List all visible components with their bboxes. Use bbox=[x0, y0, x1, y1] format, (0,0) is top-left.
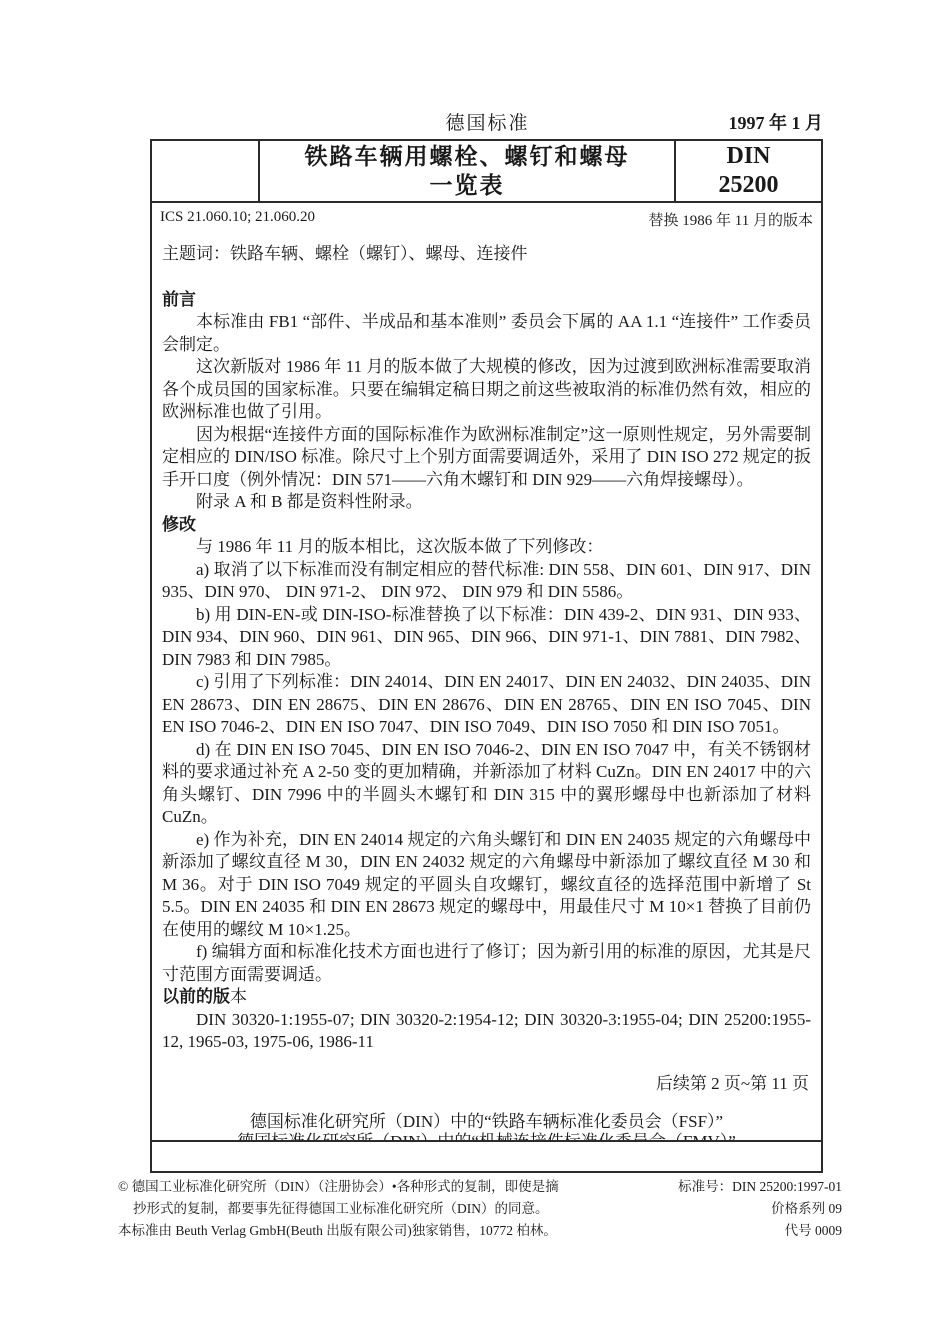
content-text: 附录 A 和 B 都是资料性附录。 bbox=[196, 492, 423, 511]
content-text: 前言 bbox=[162, 290, 196, 309]
title-line-1: 铁路车辆用螺栓、螺钉和螺母 bbox=[260, 142, 674, 171]
content-line: 本标准由 FB1 “部件、半成品和基本准则” 委员会下属的 AA 1.1 “连接… bbox=[162, 311, 811, 356]
content-line: 与 1986 年 11 月的版本相比，这次版本做了下列修改： bbox=[162, 536, 811, 559]
content-line: d) 在 DIN EN ISO 7045、DIN EN ISO 7046-2、D… bbox=[162, 739, 811, 829]
main-frame: 铁路车辆用螺栓、螺钉和螺母 一览表 DIN 25200 ICS 21.060.1… bbox=[150, 139, 823, 1173]
content-text: b) 用 DIN-EN-或 DIN-ISO-标准替换了以下标准：DIN 439-… bbox=[162, 605, 811, 669]
din-org: DIN bbox=[676, 142, 821, 171]
reference-line: 代号 0009 bbox=[678, 1220, 842, 1242]
standard-label: 德国标准 bbox=[152, 108, 823, 135]
content-text: e) 作为补充，DIN EN 24014 规定的六角头螺钉和 DIN EN 24… bbox=[162, 830, 811, 939]
content-text: 修改 bbox=[162, 515, 196, 534]
content-text-tail: 本 bbox=[230, 987, 247, 1006]
content-line: DIN 30320-1:1955-07; DIN 30320-2:1954-12… bbox=[162, 1009, 811, 1054]
meta-row: ICS 21.060.10; 21.060.20 替换 1986 年 11 月的… bbox=[152, 203, 821, 229]
din-badge: DIN 25200 bbox=[674, 141, 821, 201]
content-line: 修改 bbox=[162, 514, 811, 537]
keywords-line: 主题词：铁路车辆、螺栓（螺钉）、螺母、连接件 bbox=[162, 243, 811, 266]
content-text: 与 1986 年 11 月的版本相比，这次版本做了下列修改： bbox=[196, 537, 603, 556]
content-text: f) 编辑方面和标准化技术方面也进行了修订；因为新引用的标准的原因，尤其是尺寸范… bbox=[162, 942, 811, 984]
title-line-2: 一览表 bbox=[260, 171, 674, 200]
ics-code: ICS 21.060.10; 21.060.20 bbox=[160, 209, 315, 229]
committee-line: 德国标准化研究所（DIN）中的“铁路车辆标准化委员会（FSF）” bbox=[162, 1112, 811, 1132]
content-line: b) 用 DIN-EN-或 DIN-ISO-标准替换了以下标准：DIN 439-… bbox=[162, 604, 811, 672]
committee-line: 德国标准化研究所（DIN）中的“机械连接件标准化委员会（FMV）” bbox=[162, 1132, 811, 1142]
reference-line: 标准号：DIN 25200:1997-01 bbox=[678, 1176, 842, 1198]
content-text: a) 取消了以下标准而没有制定相应的替代标准: DIN 558、DIN 601、… bbox=[162, 560, 811, 602]
content-text: 以前的版 bbox=[162, 987, 230, 1006]
content-text: 这次新版对 1986 年 11 月的版本做了大规模的修改，因为过渡到欧洲标准需要… bbox=[162, 357, 811, 421]
din-number: 25200 bbox=[676, 171, 821, 200]
standard-title: 铁路车辆用螺栓、螺钉和螺母 一览表 bbox=[260, 141, 674, 201]
body-content: 前言本标准由 FB1 “部件、半成品和基本准则” 委员会下属的 AA 1.1 “… bbox=[162, 289, 811, 1054]
copyright-block: © 德国工业标准化研究所（DIN）（注册协会）•各种形式的复制，即使是摘抄形式的… bbox=[118, 1176, 559, 1242]
document-body: 主题词：铁路车辆、螺栓（螺钉）、螺母、连接件 前言本标准由 FB1 “部件、半成… bbox=[152, 229, 821, 1142]
content-text: d) 在 DIN EN ISO 7045、DIN EN ISO 7046-2、D… bbox=[162, 740, 811, 827]
content-text: 本标准由 FB1 “部件、半成品和基本准则” 委员会下属的 AA 1.1 “连接… bbox=[162, 312, 811, 354]
copyright-line: 本标准由 Beuth Verlag GmbH(Beuth 出版有限公司)独家销售… bbox=[118, 1220, 559, 1242]
content-line: f) 编辑方面和标准化技术方面也进行了修订；因为新引用的标准的原因，尤其是尺寸范… bbox=[162, 941, 811, 986]
content-line: 附录 A 和 B 都是资料性附录。 bbox=[162, 491, 811, 514]
content-text: 因为根据“连接件方面的国际标准作为欧洲标准制定”这一原则性规定，另外需要制定相应… bbox=[162, 425, 811, 489]
content-line: a) 取消了以下标准而没有制定相应的替代标准: DIN 558、DIN 601、… bbox=[162, 559, 811, 604]
committee-list: 德国标准化研究所（DIN）中的“铁路车辆标准化委员会（FSF）”德国标准化研究所… bbox=[162, 1112, 811, 1142]
copyright-line: © 德国工业标准化研究所（DIN）（注册协会）•各种形式的复制，即使是摘 bbox=[118, 1176, 559, 1198]
content-line: 前言 bbox=[162, 289, 811, 312]
reference-line: 价格系列 09 bbox=[678, 1198, 842, 1220]
reference-block: 标准号：DIN 25200:1997-01价格系列 09代号 0009 bbox=[678, 1176, 842, 1242]
content-text: DIN 30320-1:1955-07; DIN 30320-2:1954-12… bbox=[162, 1010, 811, 1052]
content-line: 以前的版本 bbox=[162, 986, 811, 1009]
page-header: 德国标准 1997 年 1 月 bbox=[152, 108, 823, 134]
page-footer: © 德国工业标准化研究所（DIN）（注册协会）•各种形式的复制，即使是摘抄形式的… bbox=[118, 1176, 842, 1242]
bottom-strip bbox=[152, 1142, 821, 1171]
continuation-note: 后续第 2 页~第 11 页 bbox=[162, 1073, 811, 1096]
content-line: c) 引用了下列标准：DIN 24014、DIN EN 24017、DIN EN… bbox=[162, 671, 811, 739]
title-row: 铁路车辆用螺栓、螺钉和螺母 一览表 DIN 25200 bbox=[152, 141, 821, 203]
content-line: 这次新版对 1986 年 11 月的版本做了大规模的修改，因为过渡到欧洲标准需要… bbox=[162, 356, 811, 424]
replaces-note: 替换 1986 年 11 月的版本 bbox=[649, 209, 813, 229]
content-text: c) 引用了下列标准：DIN 24014、DIN EN 24017、DIN EN… bbox=[162, 672, 811, 736]
content-line: e) 作为补充，DIN EN 24014 规定的六角头螺钉和 DIN EN 24… bbox=[162, 829, 811, 942]
document-page: 德国标准 1997 年 1 月 铁路车辆用螺栓、螺钉和螺母 一览表 DIN 25… bbox=[0, 0, 950, 1344]
copyright-line: 抄形式的复制，都要事先征得德国工业标准化研究所（DIN）的同意。 bbox=[118, 1198, 559, 1220]
title-blank-cell bbox=[152, 141, 260, 201]
content-line: 因为根据“连接件方面的国际标准作为欧洲标准制定”这一原则性规定，另外需要制定相应… bbox=[162, 424, 811, 492]
issue-date: 1997 年 1 月 bbox=[729, 109, 824, 135]
